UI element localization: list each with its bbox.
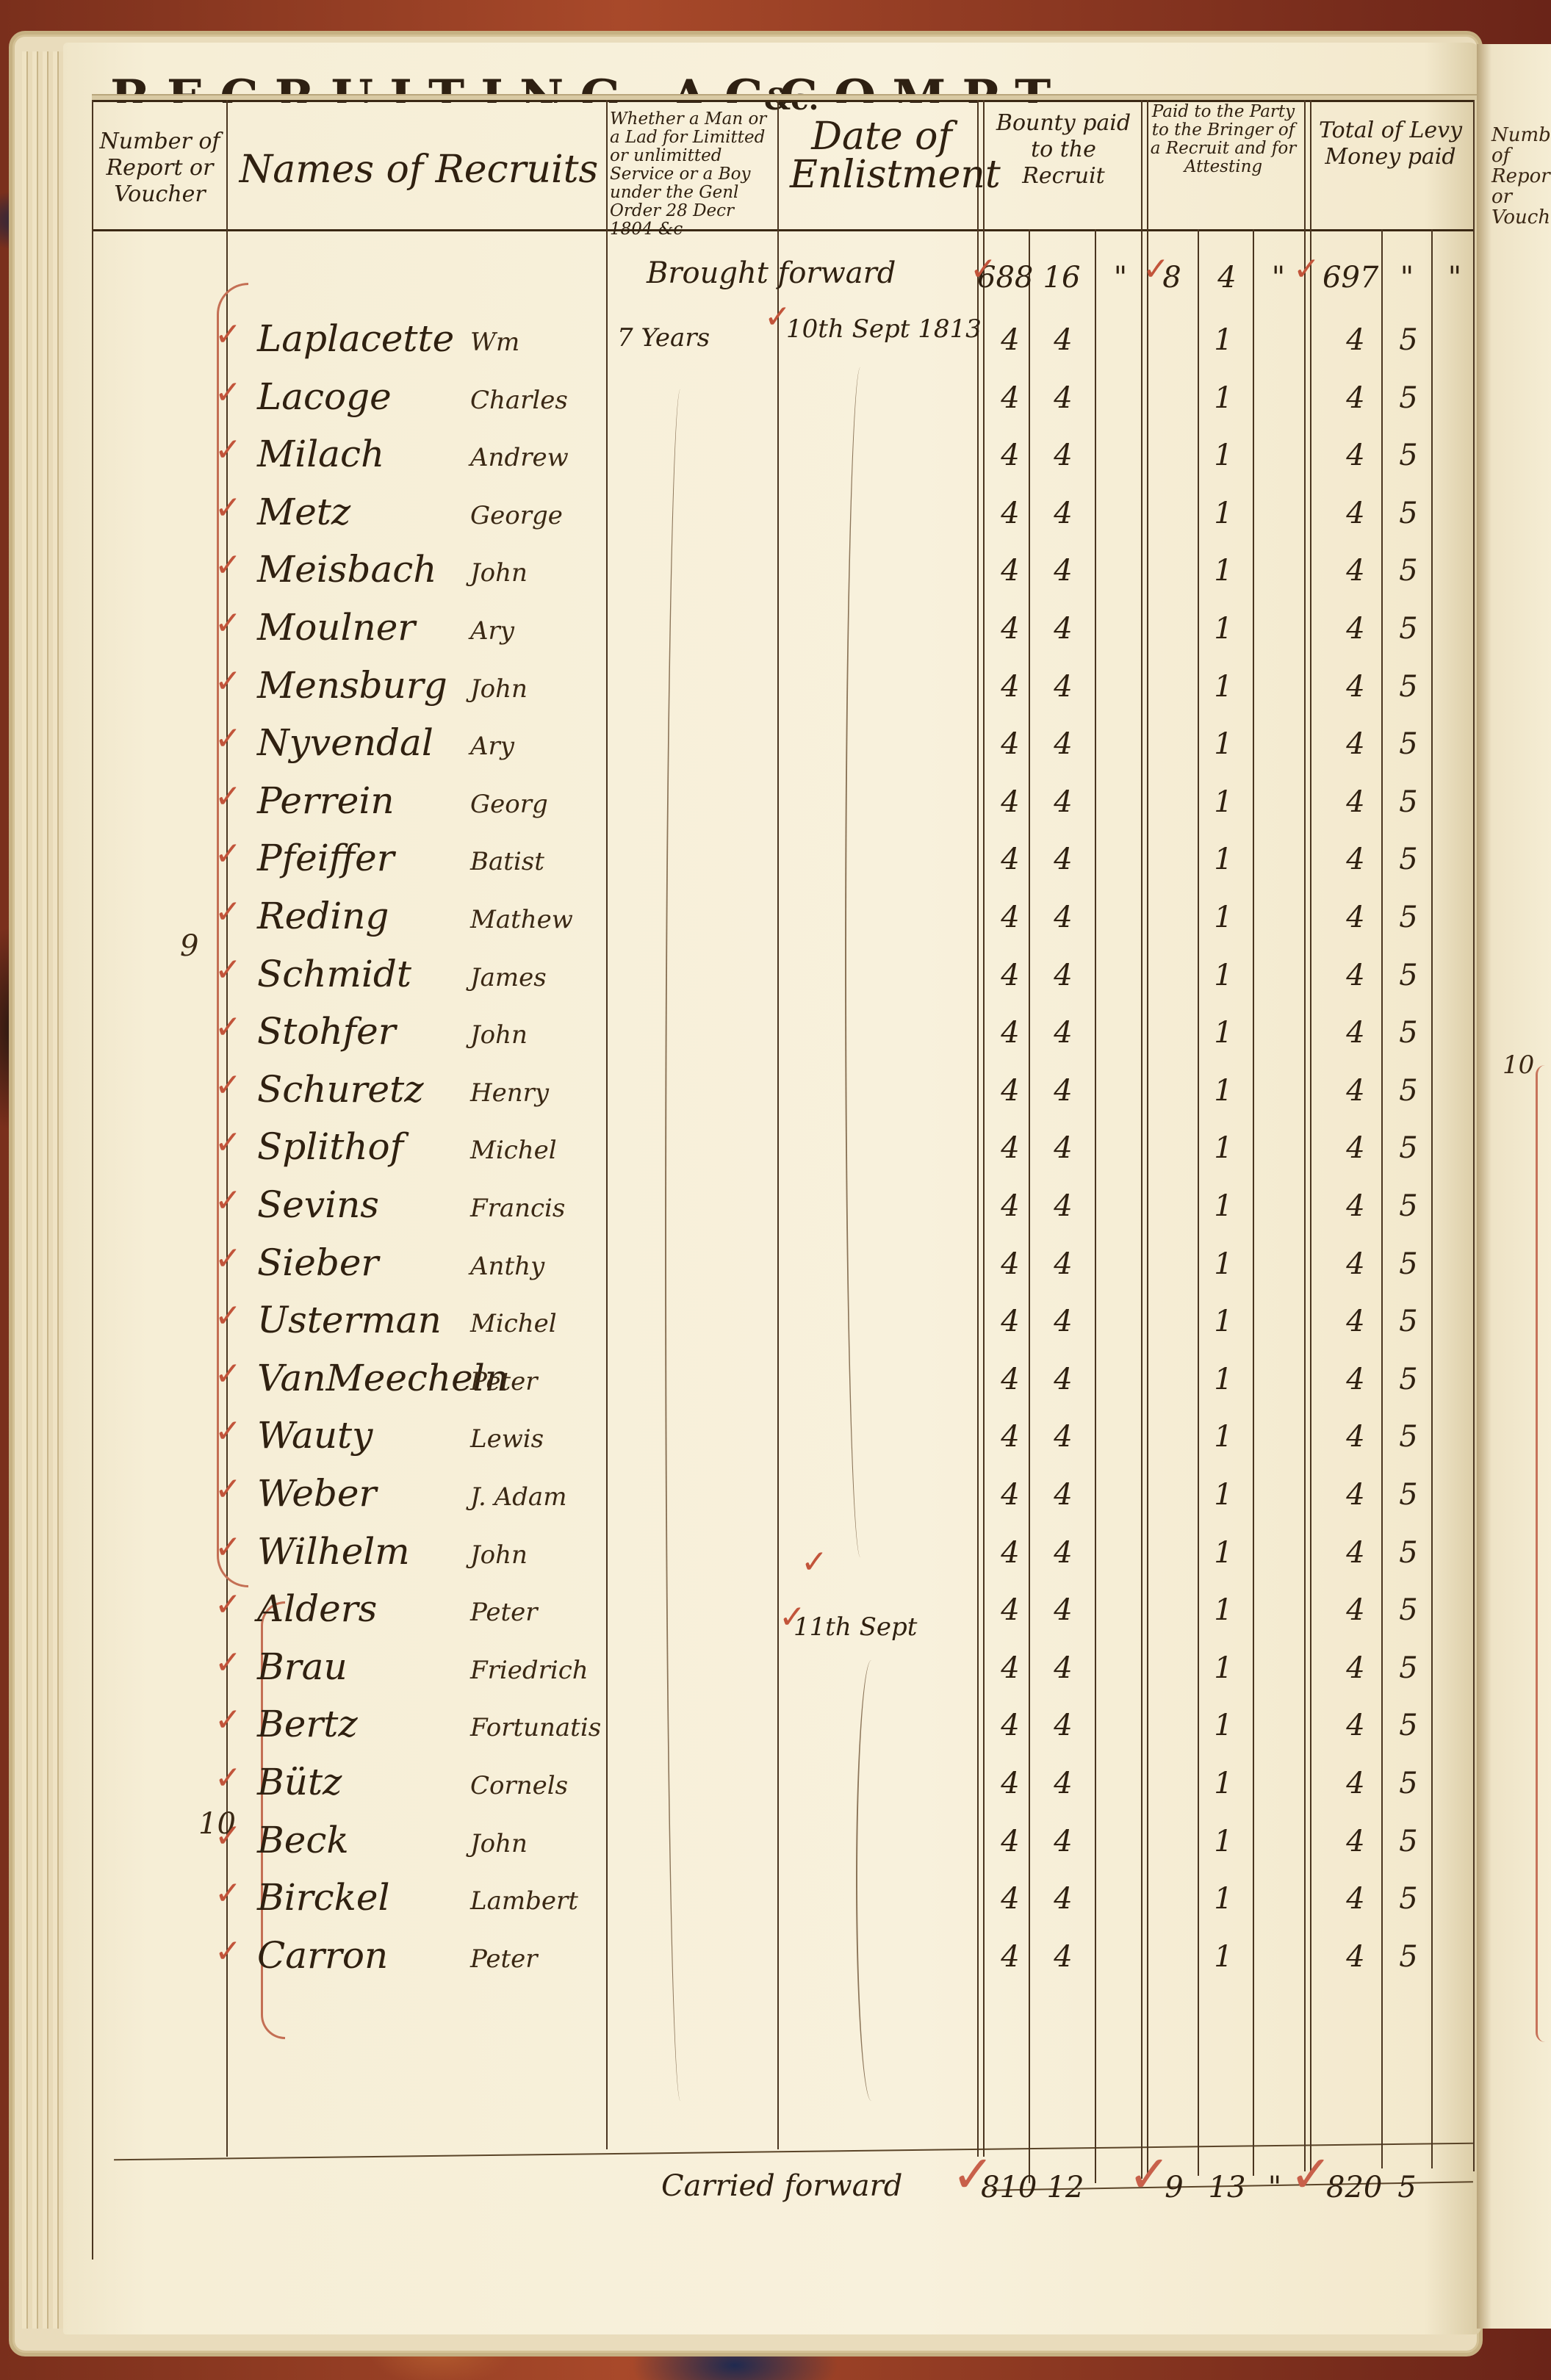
total-pounds: 4	[1330, 1131, 1381, 1165]
recruit-row: ✓ Brau Friedrich 4 4 1 4 5	[0, 1637, 1551, 1694]
bf-bounty-shillings: 16	[1036, 261, 1087, 295]
party-shillings: 1	[1198, 323, 1249, 357]
recruit-row: ✓ Wilhelm John 4 4 1 4 5	[0, 1521, 1551, 1579]
recruit-surname: Milach	[257, 433, 384, 475]
recruit-given-name: Peter	[470, 1367, 538, 1396]
party-shillings: 1	[1198, 381, 1249, 415]
bounty-shillings: 4	[1037, 1882, 1089, 1916]
total-shillings: 5	[1383, 612, 1434, 646]
party-shillings: 1	[1198, 1420, 1249, 1454]
total-pounds: 4	[1330, 1478, 1381, 1512]
recruit-given-name: George	[470, 501, 563, 530]
total-shillings: 5	[1383, 1247, 1434, 1281]
bounty-shillings: 4	[1037, 785, 1089, 819]
party-shillings: 1	[1198, 1767, 1249, 1800]
recruit-surname: Beck	[257, 1819, 349, 1861]
bounty-pounds: 4	[985, 1363, 1036, 1396]
total-shillings: 5	[1383, 1767, 1434, 1800]
bounty-shillings: 4	[1037, 1767, 1089, 1800]
check-mark-icon: ✓	[215, 1936, 242, 1968]
check-mark-icon: ✓	[215, 607, 242, 640]
recruit-given-name: Lambert	[470, 1886, 578, 1916]
total-pounds: 4	[1330, 1767, 1381, 1800]
recruit-row: ✓ Usterman Michel 4 4 1 4 5	[0, 1290, 1551, 1347]
bounty-pounds: 4	[985, 439, 1036, 472]
total-pounds: 4	[1330, 323, 1381, 357]
recruit-given-name: Cornels	[470, 1771, 568, 1800]
recruit-surname: Alders	[257, 1587, 377, 1630]
total-shillings: 5	[1383, 1074, 1434, 1108]
total-shillings: 5	[1383, 554, 1434, 588]
check-mark-icon: ✓	[215, 1820, 242, 1853]
total-pounds: 4	[1330, 843, 1381, 876]
recruit-surname: Weber	[257, 1472, 376, 1515]
bounty-pounds: 4	[985, 1593, 1036, 1627]
recruit-given-name: Lewis	[470, 1424, 544, 1454]
bounty-shillings: 4	[1037, 1825, 1089, 1858]
recruit-given-name: John	[470, 1020, 528, 1050]
bounty-shillings: 4	[1037, 1131, 1089, 1165]
check-mark-icon: ✓	[215, 1762, 242, 1795]
party-shillings: 1	[1198, 785, 1249, 819]
recruit-given-name: Michel	[470, 1309, 557, 1338]
bounty-pounds: 4	[985, 670, 1036, 704]
bounty-shillings: 4	[1037, 1593, 1089, 1627]
total-pounds: 4	[1330, 1189, 1381, 1223]
party-shillings: 1	[1198, 901, 1249, 934]
bf-total-pence: "	[1429, 261, 1480, 295]
recruit-row: ✓ Milach Andrew 4 4 1 4 5	[0, 424, 1551, 481]
recruit-row: ✓ Stohfer John 4 4 1 4 5	[0, 1001, 1551, 1059]
bounty-shillings: 4	[1037, 670, 1089, 704]
party-shillings: 1	[1198, 843, 1249, 876]
recruit-row: ✓ Birckel Lambert 4 4 1 4 5	[0, 1867, 1551, 1925]
total-shillings: 5	[1383, 439, 1434, 472]
party-shillings: 1	[1198, 612, 1249, 646]
header-report-number: Number of Report or Voucher	[96, 129, 224, 208]
total-shillings: 5	[1383, 381, 1434, 415]
recruit-row: ✓ Bütz Cornels 4 4 1 4 5	[0, 1752, 1551, 1809]
bounty-shillings: 4	[1037, 381, 1089, 415]
recruit-surname: Metz	[257, 491, 350, 533]
ledger-table: Number of Report or Voucher Names of Rec…	[0, 0, 1551, 2380]
total-shillings: 5	[1383, 1709, 1434, 1742]
bounty-pounds: 4	[985, 1305, 1036, 1338]
recruit-surname: Wilhelm	[257, 1530, 410, 1573]
total-shillings: 5	[1383, 1651, 1434, 1685]
recruit-surname: Bütz	[257, 1761, 342, 1803]
party-shillings: 1	[1198, 1651, 1249, 1685]
total-pounds: 4	[1330, 959, 1381, 992]
cf-total-shillings: 5	[1381, 2171, 1433, 2204]
recruit-surname: Perrein	[257, 779, 395, 822]
bounty-pounds: 4	[985, 959, 1036, 992]
header-date-of-enlistment: Date of Enlistment	[790, 118, 974, 194]
recruit-given-name: Francis	[470, 1194, 565, 1223]
recruit-surname: Birckel	[257, 1876, 390, 1919]
bounty-shillings: 4	[1037, 1478, 1089, 1512]
check-mark-icon: ✓	[215, 1647, 242, 1679]
bounty-pounds: 4	[985, 1131, 1036, 1165]
total-pounds: 4	[1330, 554, 1381, 588]
recruit-row: ✓ Perrein Georg 4 4 1 4 5	[0, 771, 1551, 828]
total-shillings: 5	[1383, 785, 1434, 819]
bounty-shillings: 4	[1037, 901, 1089, 934]
recruit-surname: Pfeiffer	[257, 837, 395, 879]
recruit-row: ✓ Sieber Anthy 4 4 1 4 5	[0, 1233, 1551, 1290]
party-shillings: 1	[1198, 670, 1249, 704]
check-mark-icon: ✓	[215, 781, 242, 813]
party-shillings: 1	[1198, 554, 1249, 588]
party-shillings: 1	[1198, 1593, 1249, 1627]
recruit-row: ✓ Bertz Fortunatis 4 4 1 4 5	[0, 1694, 1551, 1751]
check-mark-icon: ✓	[215, 1185, 242, 1217]
recruit-row: ✓ Pfeiffer Batist 4 4 1 4 5	[0, 828, 1551, 885]
total-shillings: 5	[1383, 670, 1434, 704]
recruit-surname: Carron	[257, 1934, 388, 1977]
check-mark-icon: ✓	[1142, 253, 1170, 286]
bounty-pounds: 4	[985, 1940, 1036, 1974]
check-mark-icon: ✓	[951, 2149, 995, 2200]
total-shillings: 5	[1383, 1536, 1434, 1570]
total-pounds: 4	[1330, 901, 1381, 934]
total-pounds: 4	[1330, 381, 1381, 415]
recruit-row: ✓ Reding Mathew 4 4 1 4 5	[0, 886, 1551, 943]
total-shillings: 5	[1383, 1016, 1434, 1050]
check-mark-icon: ✓	[215, 838, 242, 870]
recruit-row: ✓ Meisbach John 4 4 1 4 5	[0, 539, 1551, 596]
recruit-given-name: Fortunatis	[470, 1713, 601, 1742]
bounty-shillings: 4	[1037, 1651, 1089, 1685]
bf-party-shillings: 4	[1201, 261, 1253, 295]
header-names: Names of Recruits	[235, 151, 602, 189]
party-shillings: 1	[1198, 1825, 1249, 1858]
recruit-given-name: Mathew	[470, 905, 573, 934]
recruit-surname: Bertz	[257, 1703, 358, 1745]
recruit-row: ✓ Wauty Lewis 4 4 1 4 5	[0, 1405, 1551, 1463]
recruit-given-name: John	[470, 1829, 528, 1858]
total-pounds: 4	[1330, 1420, 1381, 1454]
bounty-shillings: 4	[1037, 1016, 1089, 1050]
recruit-surname: Sieber	[257, 1241, 378, 1284]
recruit-surname: Lacoge	[257, 375, 392, 418]
carried-forward-row: Carried forward 810 12 9 13 " 820 5 ✓ ✓ …	[0, 2156, 1551, 2213]
total-shillings: 5	[1383, 1940, 1434, 1974]
total-shillings: 5	[1383, 1478, 1434, 1512]
recruit-given-name: Peter	[470, 1598, 538, 1627]
bounty-pounds: 4	[985, 1825, 1036, 1858]
recruit-given-name: Anthy	[470, 1252, 544, 1281]
total-pounds: 4	[1330, 1593, 1381, 1627]
bounty-pounds: 4	[985, 843, 1036, 876]
recruit-row: ✓ Schmidt James 4 4 1 4 5	[0, 944, 1551, 1001]
recruit-surname: Schuretz	[257, 1068, 424, 1111]
bounty-shillings: 4	[1037, 727, 1089, 761]
check-mark-icon: ✓	[215, 666, 242, 698]
total-pounds: 4	[1330, 1305, 1381, 1338]
check-mark-icon: ✓	[215, 954, 242, 987]
recruit-surname: Laplacette	[257, 317, 454, 360]
cf-total-pounds: 820	[1326, 2171, 1378, 2204]
check-mark-icon: ✓	[215, 492, 242, 524]
total-shillings: 5	[1383, 1363, 1434, 1396]
total-shillings: 5	[1383, 727, 1434, 761]
bounty-shillings: 4	[1037, 959, 1089, 992]
total-pounds: 4	[1330, 1247, 1381, 1281]
recruit-given-name: Friedrich	[470, 1656, 589, 1685]
bounty-shillings: 4	[1037, 612, 1089, 646]
recruit-surname: Nyvendal	[257, 721, 433, 764]
recruit-row: ✓ Carron Peter 4 4 1 4 5	[0, 1925, 1551, 1983]
total-shillings: 5	[1383, 1420, 1434, 1454]
check-mark-icon: ✓	[215, 1474, 242, 1506]
total-pounds: 4	[1330, 1074, 1381, 1108]
bounty-pounds: 4	[985, 785, 1036, 819]
check-mark-icon: ✓	[215, 1012, 242, 1044]
recruit-row: ✓ Sevins Francis 4 4 1 4 5	[0, 1175, 1551, 1232]
total-pounds: 4	[1330, 497, 1381, 530]
recruit-given-name: Batist	[470, 847, 544, 876]
party-shillings: 1	[1198, 1074, 1249, 1108]
recruit-surname: Schmidt	[257, 953, 411, 995]
recruit-given-name: Charles	[470, 386, 568, 415]
recruit-given-name: James	[470, 963, 547, 992]
recruit-given-name: J. Adam	[470, 1482, 566, 1512]
check-mark-icon: ✓	[215, 1358, 242, 1391]
party-shillings: 1	[1198, 727, 1249, 761]
bounty-shillings: 4	[1037, 1247, 1089, 1281]
bounty-shillings: 4	[1037, 1363, 1089, 1396]
recruit-row: ✓ Mensburg John 4 4 1 4 5	[0, 655, 1551, 713]
party-shillings: 1	[1198, 1536, 1249, 1570]
header-total-levy-money: Total of Levy Money paid	[1311, 118, 1469, 170]
bounty-shillings: 4	[1037, 439, 1089, 472]
recruit-row: ✓ Alders Peter 4 4 1 4 5	[0, 1579, 1551, 1636]
check-mark-icon: ✓	[215, 434, 242, 466]
check-mark-icon: ✓	[1289, 2149, 1333, 2200]
total-pounds: 4	[1330, 670, 1381, 704]
total-shillings: 5	[1383, 1131, 1434, 1165]
check-mark-icon: ✓	[215, 1416, 242, 1448]
recruit-row: ✓ Weber J. Adam 4 4 1 4 5	[0, 1463, 1551, 1521]
party-shillings: 1	[1198, 1940, 1249, 1974]
recruit-given-name: Henry	[470, 1078, 549, 1108]
check-mark-icon: ✓	[215, 1243, 242, 1275]
total-shillings: 5	[1383, 901, 1434, 934]
check-mark-icon: ✓	[215, 1878, 242, 1910]
bf-total-pounds: 697	[1323, 261, 1374, 295]
bounty-pounds: 4	[985, 1478, 1036, 1512]
bounty-pounds: 4	[985, 497, 1036, 530]
party-shillings: 1	[1198, 1189, 1249, 1223]
bounty-shillings: 4	[1037, 1420, 1089, 1454]
bounty-pounds: 4	[985, 1882, 1036, 1916]
recruit-surname: Wauty	[257, 1414, 373, 1457]
check-mark-icon: ✓	[215, 1532, 242, 1564]
recruit-row: ✓ Metz George 4 4 1 4 5	[0, 482, 1551, 539]
recruit-surname: Reding	[257, 895, 389, 937]
bounty-shillings: 4	[1037, 1709, 1089, 1742]
bounty-pounds: 4	[985, 381, 1036, 415]
recruit-row: ✓ Nyvendal Ary 4 4 1 4 5	[0, 713, 1551, 770]
party-shillings: 1	[1198, 439, 1249, 472]
total-pounds: 4	[1330, 1709, 1381, 1742]
total-shillings: 5	[1383, 1882, 1434, 1916]
recruit-surname: Sevins	[257, 1183, 379, 1226]
total-shillings: 5	[1383, 1189, 1434, 1223]
bf-bounty-pence: "	[1095, 261, 1146, 295]
recruit-row: ✓ VanMeecheln Peter 4 4 1 4 5	[0, 1348, 1551, 1405]
party-shillings: 1	[1198, 497, 1249, 530]
header-bounty: Bounty paid to the Recruit	[988, 110, 1139, 190]
bounty-pounds: 4	[985, 1247, 1036, 1281]
brought-forward-label: Brought forward	[647, 256, 896, 290]
header-paid-to-party: Paid to the Party to the Bringer of a Re…	[1146, 103, 1300, 176]
bounty-shillings: 4	[1037, 323, 1089, 357]
total-pounds: 4	[1330, 727, 1381, 761]
party-shillings: 1	[1198, 1478, 1249, 1512]
recruit-row: ✓ Beck John 4 4 1 4 5	[0, 1810, 1551, 1867]
recruit-given-name: John	[470, 558, 528, 588]
header-bottom-rule	[92, 229, 1473, 231]
recruit-surname: Moulner	[257, 606, 415, 649]
bounty-pounds: 4	[985, 1651, 1036, 1685]
check-mark-icon: ✓	[970, 253, 997, 286]
total-shillings: 5	[1383, 1825, 1434, 1858]
party-shillings: 1	[1198, 1016, 1249, 1050]
bounty-pounds: 4	[985, 901, 1036, 934]
total-pounds: 4	[1330, 1536, 1381, 1570]
bounty-shillings: 4	[1037, 1940, 1089, 1974]
bounty-shillings: 4	[1037, 1189, 1089, 1223]
party-shillings: 1	[1198, 1882, 1249, 1916]
check-mark-icon: ✓	[215, 723, 242, 755]
total-pounds: 4	[1330, 1363, 1381, 1396]
cf-bounty-shillings: 12	[1040, 2171, 1091, 2204]
total-shillings: 5	[1383, 497, 1434, 530]
bounty-pounds: 4	[985, 1709, 1036, 1742]
bounty-pounds: 4	[985, 1074, 1036, 1108]
cf-party-shillings: 13	[1201, 2171, 1253, 2204]
party-shillings: 1	[1198, 1131, 1249, 1165]
total-shillings: 5	[1383, 959, 1434, 992]
header-whether-man-or-lad: Whether a Man or a Lad for Limitted or u…	[610, 110, 775, 239]
party-shillings: 1	[1198, 959, 1249, 992]
total-pounds: 4	[1330, 439, 1381, 472]
check-mark-icon: ✓	[215, 896, 242, 928]
bounty-pounds: 4	[985, 323, 1036, 357]
party-shillings: 1	[1198, 1247, 1249, 1281]
check-mark-icon: ✓	[215, 549, 242, 582]
bounty-pounds: 4	[985, 727, 1036, 761]
bf-total-shillings: "	[1381, 261, 1433, 295]
total-pounds: 4	[1330, 1651, 1381, 1685]
check-mark-icon: ✓	[215, 1300, 242, 1333]
total-shillings: 5	[1383, 1593, 1434, 1627]
check-mark-icon: ✓	[215, 319, 242, 351]
bounty-shillings: 4	[1037, 1536, 1089, 1570]
recruit-row: ✓ Splithof Michel 4 4 1 4 5	[0, 1117, 1551, 1174]
bounty-pounds: 4	[985, 1420, 1036, 1454]
bounty-shillings: 4	[1037, 1074, 1089, 1108]
party-shillings: 1	[1198, 1363, 1249, 1396]
check-mark-icon: ✓	[215, 1070, 242, 1102]
recruit-given-name: John	[470, 674, 528, 704]
recruit-given-name: John	[470, 1540, 528, 1570]
check-mark-icon: ✓	[215, 1127, 242, 1159]
bounty-shillings: 4	[1037, 497, 1089, 530]
bounty-pounds: 4	[985, 1536, 1036, 1570]
recruit-given-name: Peter	[470, 1944, 538, 1974]
recruit-row: ✓ Moulner Ary 4 4 1 4 5	[0, 597, 1551, 654]
recruit-surname: Mensburg	[257, 664, 447, 707]
recruit-given-name: Michel	[470, 1136, 557, 1165]
recruit-given-name: Georg	[470, 790, 548, 819]
recruit-given-name: Ary	[470, 616, 514, 646]
bounty-pounds: 4	[985, 1767, 1036, 1800]
bounty-pounds: 4	[985, 612, 1036, 646]
recruit-surname: Stohfer	[257, 1010, 396, 1053]
total-pounds: 4	[1330, 612, 1381, 646]
recruit-given-name: Andrew	[470, 443, 569, 472]
recruit-surname: Meisbach	[257, 548, 436, 591]
recruit-surname: Brau	[257, 1645, 348, 1688]
recruit-row: ✓ Lacoge Charles 4 4 1 4 5	[0, 367, 1551, 424]
recruit-given-name: Ary	[470, 732, 514, 761]
check-mark-icon: ✓	[215, 1589, 242, 1621]
bounty-pounds: 4	[985, 1016, 1036, 1050]
bounty-shillings: 4	[1037, 843, 1089, 876]
total-pounds: 4	[1330, 1882, 1381, 1916]
recruit-given-name: Wm	[470, 328, 519, 357]
recruit-surname: Usterman	[257, 1299, 442, 1341]
bounty-pounds: 4	[985, 1189, 1036, 1223]
recruit-surname: Splithof	[257, 1125, 403, 1168]
check-mark-icon: ✓	[1293, 253, 1320, 286]
check-mark-icon: ✓	[215, 377, 242, 409]
recruit-row: ✓ Laplacette Wm 4 4 1 4 5	[0, 309, 1551, 366]
total-pounds: 4	[1330, 785, 1381, 819]
carried-forward-label: Carried forward	[661, 2169, 902, 2203]
party-shillings: 1	[1198, 1709, 1249, 1742]
party-shillings: 1	[1198, 1305, 1249, 1338]
total-pounds: 4	[1330, 1940, 1381, 1974]
check-mark-icon: ✓	[1128, 2149, 1171, 2200]
total-shillings: 5	[1383, 843, 1434, 876]
check-mark-icon: ✓	[215, 1704, 242, 1737]
total-pounds: 4	[1330, 1016, 1381, 1050]
total-shillings: 5	[1383, 1305, 1434, 1338]
total-shillings: 5	[1383, 323, 1434, 357]
bounty-pounds: 4	[985, 554, 1036, 588]
bounty-shillings: 4	[1037, 554, 1089, 588]
total-pounds: 4	[1330, 1825, 1381, 1858]
recruit-row: ✓ Schuretz Henry 4 4 1 4 5	[0, 1059, 1551, 1117]
bounty-shillings: 4	[1037, 1305, 1089, 1338]
